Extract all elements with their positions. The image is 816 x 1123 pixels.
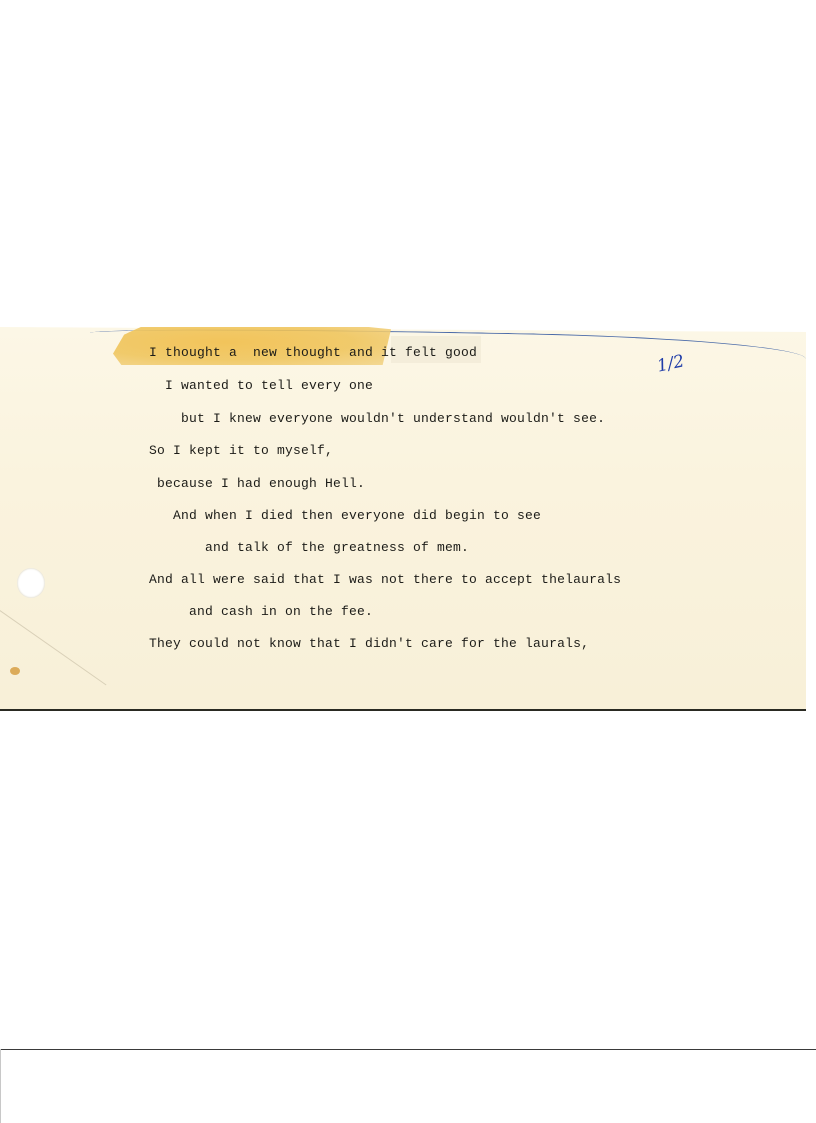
poem-line: I wanted to tell every one bbox=[165, 378, 373, 393]
stain-mark bbox=[10, 667, 20, 675]
punch-hole bbox=[17, 568, 45, 598]
poem-line: and cash in on the fee. bbox=[189, 604, 373, 619]
poem-line: And when I died then everyone did begin … bbox=[173, 508, 541, 523]
scan-left-edge bbox=[0, 1049, 1, 1123]
poem-line: So I kept it to myself, bbox=[149, 443, 333, 458]
poem-line: but I knew everyone wouldn't understand … bbox=[181, 411, 605, 426]
poem-line: because I had enough Hell. bbox=[157, 476, 365, 491]
poem-line: and talk of the greatness of mem. bbox=[205, 540, 469, 555]
scan-bottom-edge bbox=[0, 1049, 816, 1050]
poem-line: They could not know that I didn't care f… bbox=[149, 636, 589, 651]
poem-line: And all were said that I was not there t… bbox=[149, 572, 621, 587]
poem-line: I thought a new thought and it felt good bbox=[149, 345, 477, 360]
